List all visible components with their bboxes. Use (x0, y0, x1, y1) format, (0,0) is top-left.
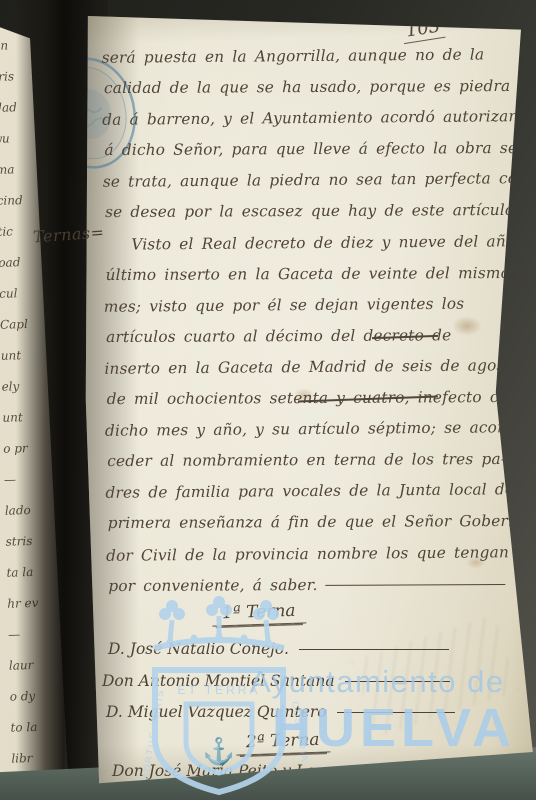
manuscript-line: mes; visto que por él se dejan vigentes … (104, 289, 514, 324)
manuscript-line: Visto el Real decreto de diez y nueve de… (103, 227, 513, 262)
manuscript-line: á dicho Señor, para que lleve á efecto l… (104, 134, 514, 167)
manuscript-line: inserto en la Gaceta de Madrid de seis d… (104, 351, 514, 386)
terna-1-name: D. José Natalio Conejo. (108, 640, 449, 658)
manuscript-line: se desea por la escasez que hay de este … (105, 196, 515, 229)
manuscript-line: dor Civil de la provincia nombre los que… (106, 538, 516, 573)
manuscript-text-block: será puesta en la Angorrilla, aunque no … (102, 40, 517, 603)
manuscript-line: se trata, aunque la piedra no sea tan pe… (103, 165, 513, 200)
terna-2-header: 2ª Terna (236, 729, 330, 755)
manuscript-line: será puesta en la Angorrilla, aunque no … (102, 40, 512, 75)
manuscript-line: por conveniente, á saber. (108, 569, 518, 602)
scanned-manuscript-page: untrisdadyumacindticoadculCapluntelyunto… (0, 0, 536, 800)
manuscript-line: da á barreno, y el Ayuntamiento acordó a… (102, 102, 512, 137)
manuscript-line: calidad de la que se ha usado, porque es… (104, 72, 514, 105)
terna-1-name: Don Antonio Montiel Santana (102, 672, 450, 690)
manuscript-line: artículos cuarto al décimo del decreto d… (106, 321, 516, 354)
manuscript-line: primera enseñanza á fin de que el Señor … (108, 507, 518, 540)
terna-1-name: D. Miguel Vazquez Quintero (106, 703, 455, 721)
manuscript-line: dres de familia para vocales de la Junta… (105, 476, 515, 511)
manuscript-line: ceder al nombramiento en terna de los tr… (107, 445, 517, 478)
manuscript-line: último inserto en la Gaceta de veinte de… (106, 259, 516, 292)
manuscript-line: dicho mes y año, y su artículo séptimo; … (105, 413, 515, 448)
terna-1-header: 1ª Terna (212, 600, 306, 626)
